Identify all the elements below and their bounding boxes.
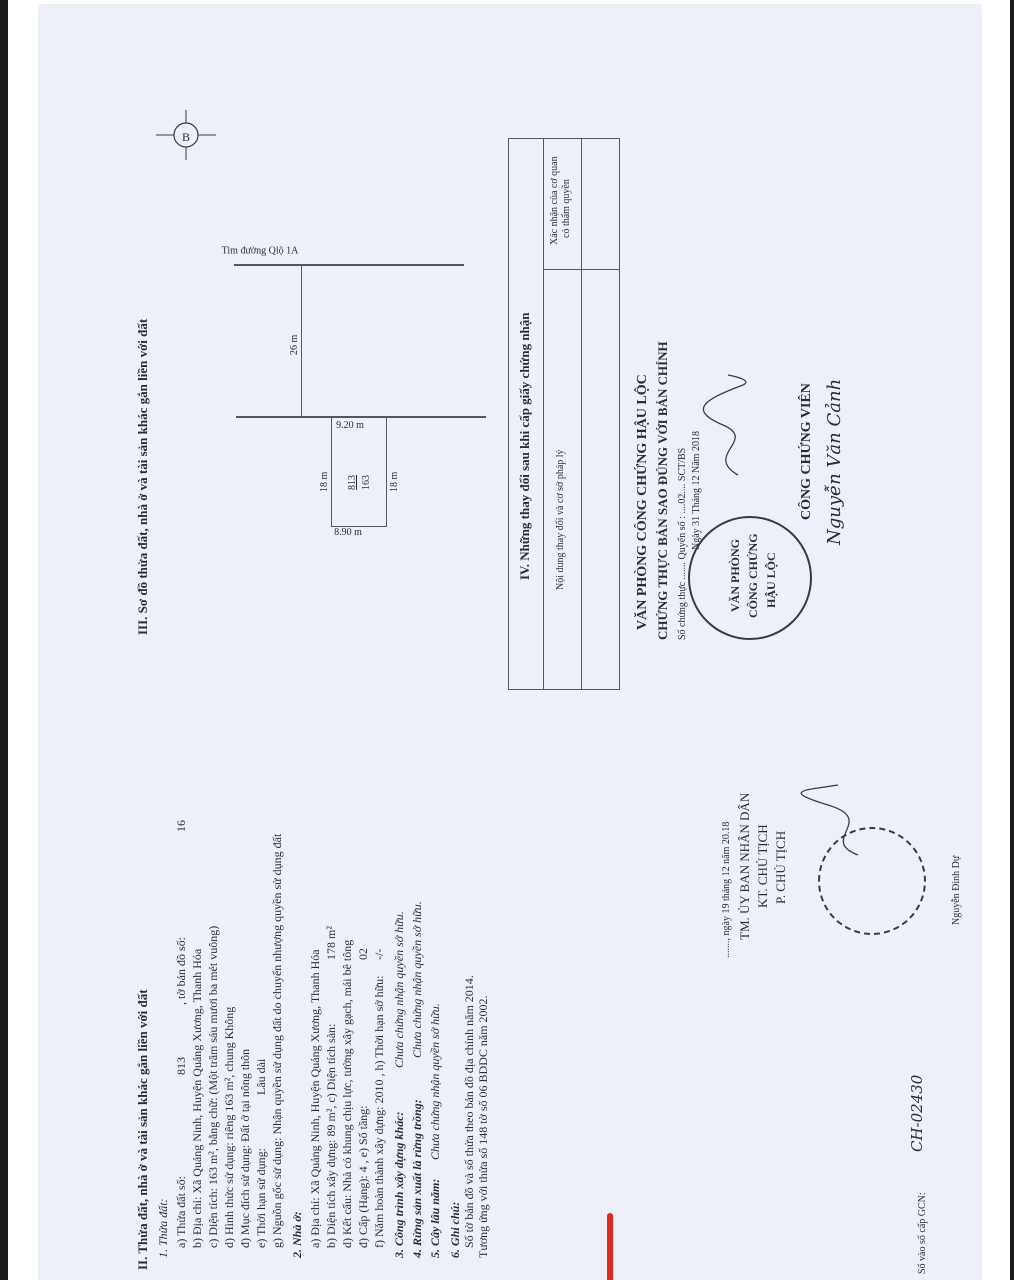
road-label: Tim đường Qlộ 1A — [222, 245, 299, 259]
land-heading: 1. Thửa đất: — [156, 1198, 170, 1258]
perennial-value: Chưa chứng nhận quyền sở hữu. — [428, 1003, 442, 1160]
red-annotation-mark — [607, 1213, 613, 1280]
notary-name: Nguyễn Văn Cảnh — [828, 379, 842, 545]
land-parcel-value: 813 — [174, 1057, 188, 1075]
signer-name: Nguyễn Đình Dự — [950, 856, 964, 925]
parcel-area: 163 — [360, 475, 374, 490]
table-column-divider — [543, 269, 619, 270]
house-structure: d) Kết cấu: Nhà có khung chịu lực, tường… — [340, 940, 354, 1248]
land-parcel-label: a) Thửa đất số: — [174, 1176, 188, 1248]
seal-line: CÔNG CHỨNG — [746, 533, 760, 618]
compass-label: B — [182, 130, 190, 144]
other-works-value: Chưa chứng nhận quyền sở hữu. — [392, 911, 406, 1068]
seal-line: HẬU LỘC — [764, 552, 778, 608]
signing-role: P. CHỦ TỊCH — [774, 831, 788, 904]
left-dimension: 18 m — [318, 472, 332, 492]
house-heading: 2. Nhà ở: — [290, 1211, 304, 1258]
registry-number: CH-02430 — [910, 1075, 924, 1152]
house-year: f) Năm hoàn thành xây dựng: 2010 , h) Th… — [372, 976, 386, 1248]
signature-chairman — [798, 780, 888, 860]
setback-dimension: 26 m — [288, 335, 302, 355]
table-col-changes: Nội dung thay đổi và cơ sở pháp lý — [554, 449, 568, 590]
land-map-label: , tờ bản đồ số: — [174, 937, 188, 1005]
land-term-value: Lâu dài — [254, 1059, 268, 1095]
front-dimension: 9.20 m — [336, 419, 364, 433]
house-floor-area: 178 m² — [324, 926, 338, 960]
table-col-confirm-2: có thẩm quyền — [560, 179, 574, 238]
land-area: c) Diện tích: 163 m², bằng chữ: (Một tră… — [206, 926, 220, 1248]
notary-office: VĂN PHÒNG CÔNG CHỨNG HẬU LỘC — [636, 374, 650, 630]
forest-value: Chưa chứng nhận quyền sở hữu. — [410, 901, 424, 1058]
note-line: Tương ứng với thửa số 148 tờ số 06 BDDC … — [476, 995, 490, 1258]
notary-title: CÔNG CHỨNG VIÊN — [800, 383, 814, 520]
notes-heading: 6. Ghi chú: — [448, 1202, 462, 1258]
house-build-area: b) Diện tích xây dựng: 89 m², c) Diện tí… — [324, 1024, 338, 1248]
house-address: a) Địa chỉ: Xã Quảng Ninh, Huyện Quảng X… — [308, 949, 322, 1248]
signing-date: ......., ngày 19 tháng 12 năm 20.18 — [720, 822, 734, 958]
section-ii-title: II. Thửa đất, nhà ở và tài sản khác gắn … — [136, 989, 150, 1270]
seal-line: VĂN PHÒNG — [728, 539, 742, 612]
parcel-number: 813 — [346, 475, 360, 490]
other-works-label: 3. Công trình xây dựng khác: — [392, 1111, 406, 1258]
north-compass: B — [156, 110, 221, 160]
back-dimension: 8.90 m — [334, 526, 362, 540]
signing-kt: KT. CHỦ TỊCH — [756, 824, 770, 908]
section-iii-title: III. Sơ đồ thửa đất, nhà ở và tài sản kh… — [136, 319, 150, 635]
land-usage-form: d) Hình thức sử dụng: riêng 163 m², chun… — [222, 1007, 236, 1248]
signing-org: TM. ỦY BAN NHÂN DÂN — [738, 793, 752, 940]
land-address: b) Địa chỉ: Xã Quảng Ninh, Huyện Quảng X… — [190, 949, 204, 1248]
viewer-frame-left — [0, 0, 8, 1280]
house-grade: đ) Cấp (Hạng): 4 , e) Số tầng: — [356, 1105, 370, 1248]
land-purpose: đ) Mục đích sử dụng: Đất ở tại nông thôn — [238, 1049, 252, 1248]
house-floors: 02 — [356, 948, 370, 960]
registry-label: Số vào sổ cấp GCN: — [916, 1192, 930, 1274]
note-line: Số tờ bản đồ và số thửa theo bản đồ địa … — [462, 975, 476, 1248]
land-term-label: e) Thời hạn sử dụng: — [254, 1148, 268, 1248]
viewer-frame-right — [1010, 0, 1014, 1280]
table-header-divider — [581, 138, 582, 690]
road-centerline — [234, 265, 464, 267]
forest-label: 4. Rừng sản xuất là rừng trồng: — [410, 1099, 424, 1258]
land-map-value: 16 — [174, 820, 188, 832]
notary-certification: CHỨNG THỰC BẢN SAO ĐÚNG VỚI BẢN CHÍNH — [656, 341, 670, 640]
land-origin: g) Nguồn gốc sử dụng: Nhận quyền sử dụng… — [270, 834, 284, 1248]
perennial-label: 5. Cây lâu năm: — [428, 1179, 442, 1258]
parcel-right-edge — [386, 418, 387, 527]
rotated-certificate-sheet: II. Thửa đất, nhà ở và tài sản khác gắn … — [38, 4, 982, 1280]
notary-number: Số chứng thực ....... Quyển số : ....02.… — [676, 448, 690, 640]
right-dimension: 18 m — [388, 472, 402, 492]
road-line — [236, 417, 486, 419]
house-ownership-term: -/- — [372, 949, 386, 960]
table-title-divider — [543, 138, 544, 690]
notary-signature — [698, 370, 768, 480]
section-iv-title: IV. Những thay đổi sau khi cấp giấy chứn… — [518, 312, 532, 580]
